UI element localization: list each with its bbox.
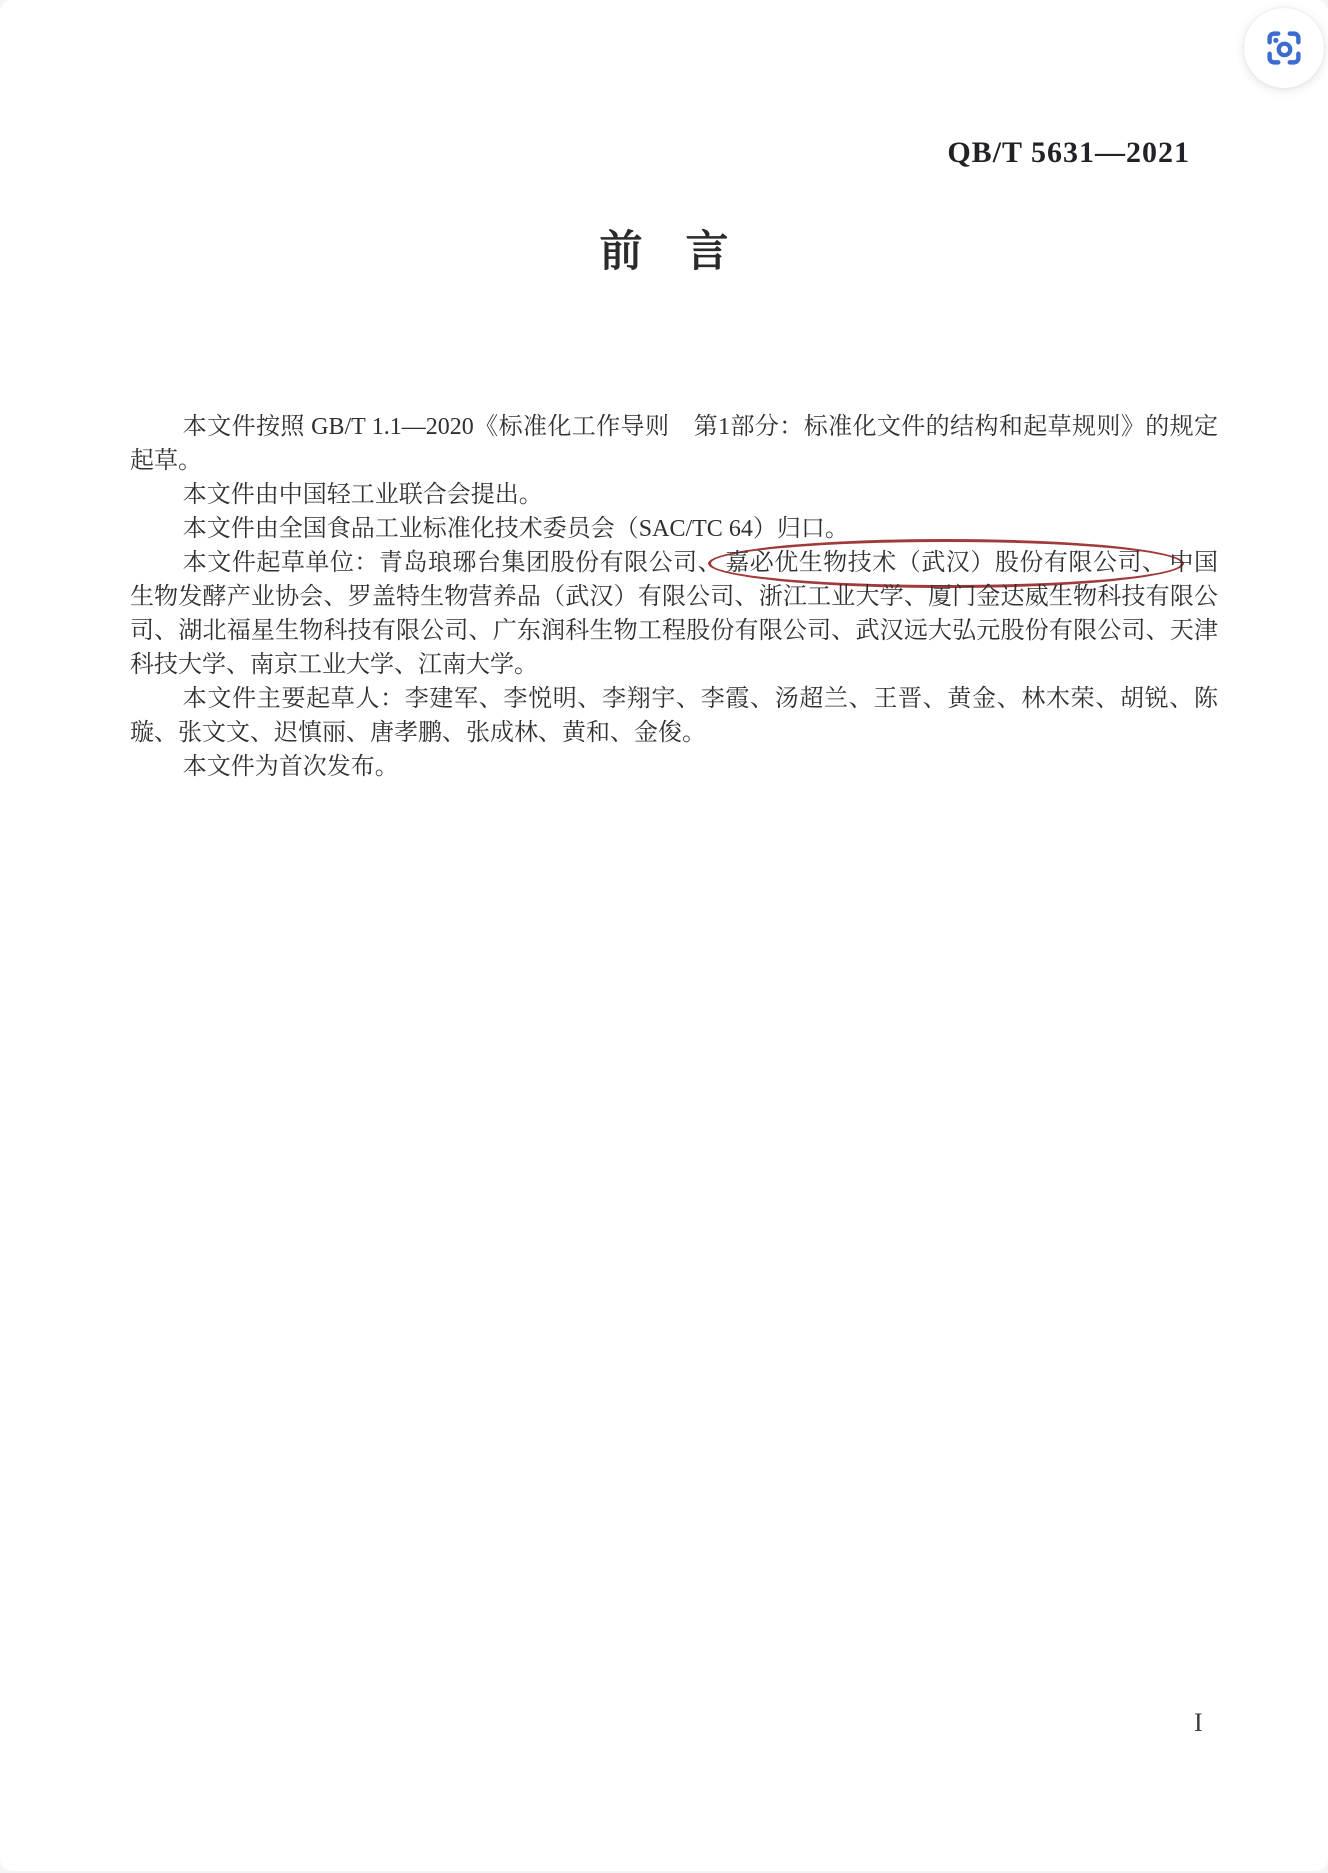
page-title: 前 言 [0, 218, 1328, 279]
document-page: QB/T 5631—2021 前 言 本文件按照 GB/T 1.1—2020《标… [0, 0, 1328, 1871]
paragraph-proposed-by: 本文件由中国轻工业联合会提出。 [130, 478, 1218, 512]
paragraph-drafting-units: 本文件起草单位：青岛琅琊台集团股份有限公司、嘉必优生物技术（武汉）股份有限公司、… [130, 546, 1218, 682]
scan-button[interactable] [1244, 8, 1324, 88]
paragraph-drafters: 本文件主要起草人：李建军、李悦明、李翔宇、李霞、汤超兰、王晋、黄金、林木荣、胡锐… [130, 682, 1218, 750]
standard-code: QB/T 5631—2021 [947, 136, 1190, 170]
scan-viewfinder-icon [1261, 25, 1307, 71]
paragraph-drafting-rules: 本文件按照 GB/T 1.1—2020《标准化工作导则 第1部分：标准化文件的结… [130, 410, 1218, 478]
paragraph-first-issue: 本文件为首次发布。 [130, 750, 1218, 784]
drafting-units-before: 本文件起草单位：青岛琅琊台集团股份有限公司、 [183, 550, 722, 576]
document-body: 本文件按照 GB/T 1.1—2020《标准化工作导则 第1部分：标准化文件的结… [130, 410, 1218, 784]
page-number: I [1194, 1708, 1203, 1738]
red-ellipse-annotation: 嘉必优生物技术（武汉）股份有限公司、 [708, 539, 1183, 588]
drafting-units-circled-text: 嘉必优生物技术（武汉）股份有限公司、 [725, 550, 1166, 576]
